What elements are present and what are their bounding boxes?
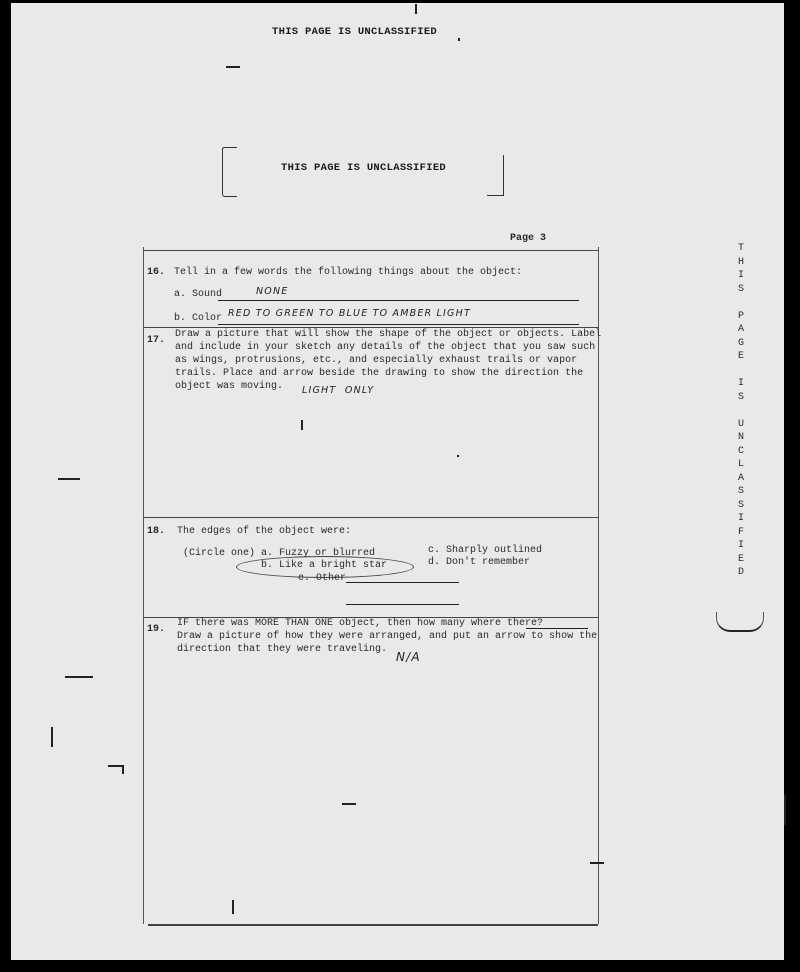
q19-count-field-line: [526, 628, 588, 629]
q16-sound-label: a. Sound: [174, 288, 222, 301]
q19-line-1: IF there was MORE THAN ONE object, then …: [177, 617, 543, 630]
q17-bottom-rule: [143, 517, 598, 518]
q16-prompt: Tell in a few words the following things…: [174, 266, 522, 279]
q18-option-d[interactable]: d. Don't remember: [428, 556, 530, 569]
q19-line-2: Draw a picture of how they were arranged…: [177, 630, 597, 643]
scan-artifact: [342, 803, 356, 805]
q17-number: 17.: [147, 334, 165, 347]
top-classification-stamp: THIS PAGE IS UNCLASSIFIED: [272, 26, 437, 38]
side-stamp-bracket: [716, 612, 764, 632]
scan-artifact: [122, 765, 124, 774]
scan-artifact: [784, 795, 786, 825]
q16-color-field-line: [218, 324, 579, 325]
q17-line-3: as wings, protrusions, etc., and especia…: [175, 354, 577, 367]
scan-artifact: [458, 38, 460, 41]
q18-other-field-line-1: [346, 582, 459, 583]
scan-artifact: [65, 676, 93, 678]
scan-artifact: [58, 478, 80, 480]
side-classification-stamp: T H I S P A G E I S U N C L A S S I F I …: [734, 242, 748, 580]
q19-answer: N/A: [396, 650, 421, 664]
boxed-classification-stamp: THIS PAGE IS UNCLASSIFIED: [281, 162, 446, 174]
q18-instruction: (Circle one): [183, 547, 255, 560]
q17-line-5: object was moving.: [175, 380, 283, 393]
q16-color-label: b. Color: [174, 312, 222, 325]
scan-artifact: [232, 900, 234, 914]
scan-artifact: [415, 4, 417, 14]
q17-line-1: Draw a picture that will show the shape …: [175, 328, 601, 341]
q18-prompt: The edges of the object were:: [177, 525, 351, 538]
scan-artifact: [301, 420, 303, 430]
q16-sound-field-line: [218, 300, 579, 301]
q19-line-3: direction that they were traveling.: [177, 643, 387, 656]
form-top-rule: [143, 250, 598, 251]
form-bottom-rule: [148, 924, 598, 926]
scan-artifact: [457, 455, 459, 457]
scan-artifact: [226, 66, 240, 68]
scan-artifact: [590, 862, 604, 864]
page-number: Page 3: [510, 232, 546, 245]
q19-number: 19.: [147, 623, 165, 636]
q18-option-e[interactable]: e. Other: [298, 572, 346, 585]
q17-line-2: and include in your sketch any details o…: [175, 341, 595, 354]
scan-artifact: [51, 727, 53, 747]
q18-other-field-line-2: [346, 604, 459, 605]
q16-sound-answer: NONE: [256, 286, 289, 297]
q19-drawing-area: [143, 670, 598, 920]
q16-number: 16.: [147, 266, 165, 279]
q17-drawing-area: [143, 394, 598, 514]
q18-number: 18.: [147, 525, 165, 538]
q17-line-4: trails. Place and arrow beside the drawi…: [175, 367, 583, 380]
q16-color-answer: RED TO GREEN TO BLUE TO AMBER LIGHT: [228, 308, 471, 319]
